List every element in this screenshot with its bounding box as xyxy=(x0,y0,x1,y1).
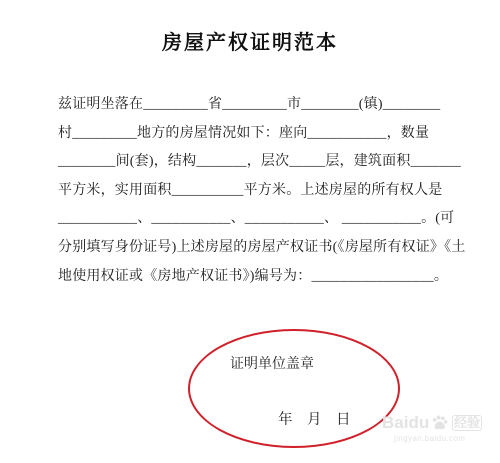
certificate-page: 房屋产权证明范本 兹证明坐落在_________省_________市_____… xyxy=(0,0,500,463)
body-line-2: 村_________地方的房屋情况如下：座向___________，数量 xyxy=(58,120,458,149)
body-line-5: ___________、___________、___________、 ___… xyxy=(58,205,458,234)
watermark-suffix-text: 经验 xyxy=(452,415,482,431)
watermark-url: jingyan.baidu.com xyxy=(394,434,482,443)
body-line-1: 兹证明坐落在_________省_________市________(镇)___… xyxy=(58,91,458,120)
body-line-7: 地使用权证或《房地产权证书》)编号为：_________________。 xyxy=(58,263,458,292)
page-title: 房屋产权证明范本 xyxy=(0,26,500,55)
watermark-logo-row: Baidu 经验 xyxy=(382,405,482,431)
baidu-watermark: Baidu 经验 jingyan.baidu.com xyxy=(382,405,482,443)
watermark-brand-text: Baidu xyxy=(382,414,429,431)
certificate-body: 兹证明坐落在_________省_________市________(镇)___… xyxy=(58,91,458,291)
body-line-4: 平方米，实用面积__________平方米。上述房屋的所有权人是 xyxy=(58,177,458,206)
stamp-date-line: 年 月 日 xyxy=(278,408,351,429)
stamp-unit-label: 证明单位盖章 xyxy=(230,353,314,373)
body-line-6: 分别填写身份证号)上述房屋的房屋产权证书(《房屋所有权证》《土 xyxy=(58,234,458,263)
paw-icon xyxy=(430,413,449,433)
stamp-ellipse: 证明单位盖章 年 月 日 xyxy=(188,329,400,448)
body-line-3: ________间(套)，结构_______，层次_____层，建筑面积____… xyxy=(58,148,458,177)
